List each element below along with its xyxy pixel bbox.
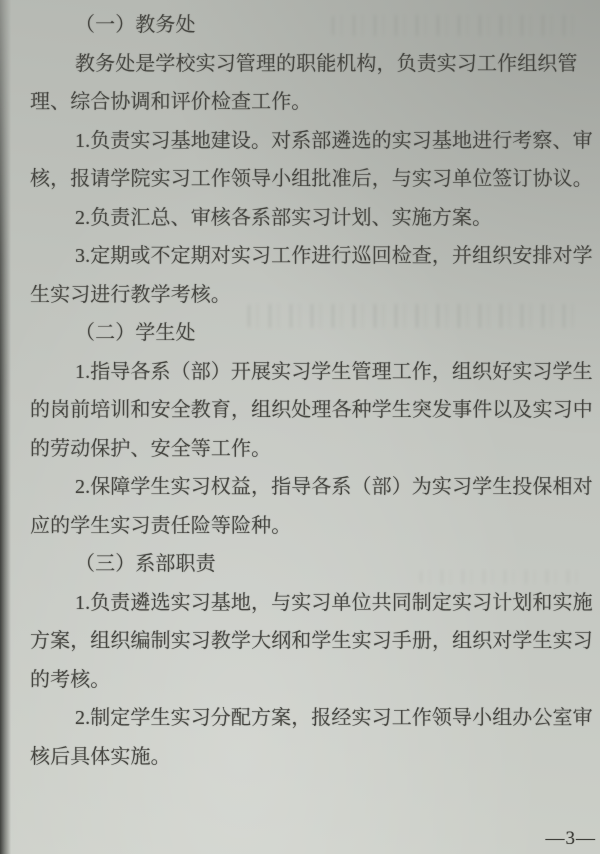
paragraph-xueshengchu-item-2: 2.保障学生实习权益，指导各系（部）为实习学生投保相对 应的学生实习责任险等险种… xyxy=(30,468,600,545)
paragraph-xibu-item-1: 1.负责遴选实习基地，与实习单位共同制定实习计划和实施 方案，组织编制实习教学大… xyxy=(30,584,600,700)
paragraph-jiaowuchu-item-3: 3.定期或不定期对实习工作进行巡回检查，并组织安排对学 生实习进行教学考核。 xyxy=(30,237,600,314)
document-body: （一）教务处 教务处是学校实习管理的职能机构，负责实习工作组织管 理、综合协调和… xyxy=(0,0,600,776)
section-heading-xueshengchu: （二）学生处 xyxy=(30,314,600,353)
paragraph-xibu-item-2: 2.制定学生实习分配方案，报经实习工作领导小组办公室审 核后具体实施。 xyxy=(30,699,600,776)
section-heading-jiaowuchu: （一）教务处 xyxy=(30,6,600,45)
paragraph-xueshengchu-item-1: 1.指导各系（部）开展实习学生管理工作，组织好实习学生 的岗前培训和安全教育，组… xyxy=(30,353,600,469)
paragraph-jiaowuchu-intro: 教务处是学校实习管理的职能机构，负责实习工作组织管 理、综合协调和评价检查工作。 xyxy=(30,45,600,122)
section-heading-xibu-zhize: （三）系部职责 xyxy=(30,545,600,584)
document-photo: （一）教务处 教务处是学校实习管理的职能机构，负责实习工作组织管 理、综合协调和… xyxy=(0,0,600,854)
page-number: —3— xyxy=(546,828,597,850)
paragraph-jiaowuchu-item-2: 2.负责汇总、审核各系部实习计划、实施方案。 xyxy=(30,199,600,238)
paragraph-jiaowuchu-item-1: 1.负责实习基地建设。对系部遴选的实习基地进行考察、审 核，报请学院实习工作领导… xyxy=(30,122,600,199)
